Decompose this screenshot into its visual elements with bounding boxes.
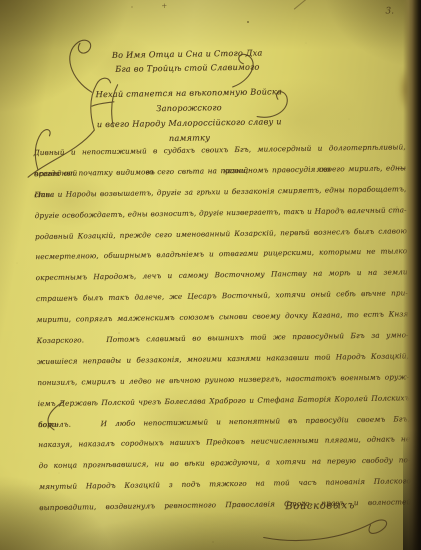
manuscript-photo: 3. + Во Имя Отца и Сна и Стого Дха Бга в… <box>0 0 421 550</box>
body-text: Дивный и непостижимый в судбахъ своихъ Б… <box>34 137 412 519</box>
invocation-line-2: Бга во Тройцѣ стой Славимого <box>76 59 298 76</box>
invocation-cross-mark: + <box>161 2 167 10</box>
stray-ink-stroke <box>294 0 309 9</box>
ink-layer: 3. + Во Имя Отца и Сна и Стого Дха Бга в… <box>0 0 421 550</box>
dedication: Нехай станется на вѣкопомную Войска Запо… <box>81 84 298 147</box>
dedication-line-1: Нехай станется на вѣкопомную Войска Запо… <box>81 84 297 117</box>
body-line: выпровадити, воздвигнулъ ревностного Пра… <box>39 492 411 519</box>
final-underline-swash <box>264 520 387 541</box>
invocation-header: Во Имя Отца и Сна и Стого Дха Бга во Тро… <box>76 45 298 76</box>
page-number: 3. <box>385 6 394 16</box>
final-word: Войсковыхъ <box>285 500 355 513</box>
